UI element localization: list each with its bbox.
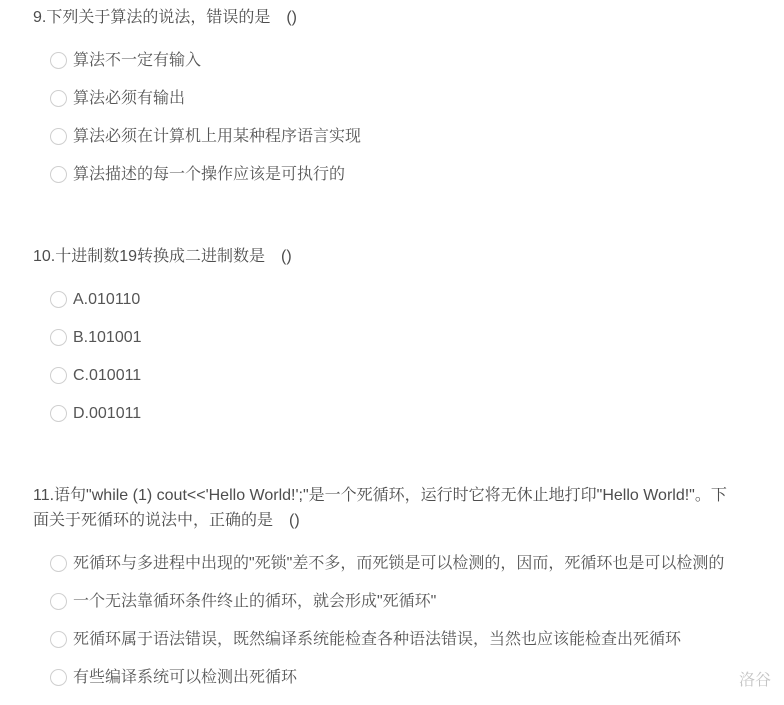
question-9-options: 算法不一定有输入 算法必须有输出 算法必须在计算机上用某种程序语言实现 算法描述… <box>33 52 784 183</box>
radio-unchecked-icon[interactable] <box>50 555 67 572</box>
radio-unchecked-icon[interactable] <box>50 593 67 610</box>
question-11-option-2[interactable]: 一个无法靠循环条件终止的循环，就会形成"死循环" <box>50 593 762 610</box>
option-label: 死循环属于语法错误，既然编译系统能检查各种语法错误，当然也应该能检查出死循环 <box>73 631 681 648</box>
radio-unchecked-icon[interactable] <box>50 291 67 308</box>
question-10-title: 10.十进制数19转换成二进制数是 () <box>33 244 739 269</box>
radio-unchecked-icon[interactable] <box>50 128 67 145</box>
question-9: 9.下列关于算法的说法，错误的是 () 算法不一定有输入 算法必须有输出 算法必… <box>33 5 784 183</box>
question-10-options: A.010110 B.101001 C.010011 D.001011 <box>33 291 784 422</box>
option-label: 算法必须在计算机上用某种程序语言实现 <box>73 128 361 145</box>
question-11-option-1[interactable]: 死循环与多进程中出现的"死锁"差不多，而死锁是可以检测的，因而，死循环也是可以检… <box>50 555 762 572</box>
question-11-options: 死循环与多进程中出现的"死锁"差不多，而死锁是可以检测的，因而，死循环也是可以检… <box>33 555 784 686</box>
question-9-option-3[interactable]: 算法必须在计算机上用某种程序语言实现 <box>50 128 762 145</box>
question-9-title: 9.下列关于算法的说法，错误的是 () <box>33 5 739 30</box>
question-10: 10.十进制数19转换成二进制数是 () A.010110 B.101001 C… <box>33 244 784 422</box>
option-label: D.001011 <box>73 405 141 422</box>
question-10-option-a[interactable]: A.010110 <box>50 291 762 308</box>
question-11-title: 11.语句"while (1) cout<<'Hello World!';"是一… <box>33 483 739 533</box>
question-10-option-b[interactable]: B.101001 <box>50 329 762 346</box>
option-label: A.010110 <box>73 291 140 308</box>
option-label: 死循环与多进程中出现的"死锁"差不多，而死锁是可以检测的，因而，死循环也是可以检… <box>73 555 724 572</box>
question-9-option-2[interactable]: 算法必须有输出 <box>50 90 762 107</box>
question-10-option-c[interactable]: C.010011 <box>50 367 762 384</box>
question-10-option-d[interactable]: D.001011 <box>50 405 762 422</box>
quiz-page: 9.下列关于算法的说法，错误的是 () 算法不一定有输入 算法必须有输出 算法必… <box>0 0 784 686</box>
question-11-option-4[interactable]: 有些编译系统可以检测出死循环 <box>50 669 762 686</box>
option-label: 算法必须有输出 <box>73 90 185 107</box>
option-label: C.010011 <box>73 367 141 384</box>
option-label: 有些编译系统可以检测出死循环 <box>73 669 297 686</box>
radio-unchecked-icon[interactable] <box>50 166 67 183</box>
radio-unchecked-icon[interactable] <box>50 405 67 422</box>
question-11: 11.语句"while (1) cout<<'Hello World!';"是一… <box>33 483 784 686</box>
radio-unchecked-icon[interactable] <box>50 52 67 69</box>
option-label: 一个无法靠循环条件终止的循环，就会形成"死循环" <box>73 593 436 610</box>
question-11-option-3[interactable]: 死循环属于语法错误，既然编译系统能检查各种语法错误，当然也应该能检查出死循环 <box>50 631 762 648</box>
radio-unchecked-icon[interactable] <box>50 90 67 107</box>
radio-unchecked-icon[interactable] <box>50 329 67 346</box>
question-9-option-4[interactable]: 算法描述的每一个操作应该是可执行的 <box>50 166 762 183</box>
option-label: B.101001 <box>73 329 142 346</box>
question-9-option-1[interactable]: 算法不一定有输入 <box>50 52 762 69</box>
radio-unchecked-icon[interactable] <box>50 367 67 384</box>
option-label: 算法描述的每一个操作应该是可执行的 <box>73 166 345 183</box>
radio-unchecked-icon[interactable] <box>50 669 67 686</box>
radio-unchecked-icon[interactable] <box>50 631 67 648</box>
option-label: 算法不一定有输入 <box>73 52 201 69</box>
luogu-watermark: 洛谷 <box>739 667 771 690</box>
